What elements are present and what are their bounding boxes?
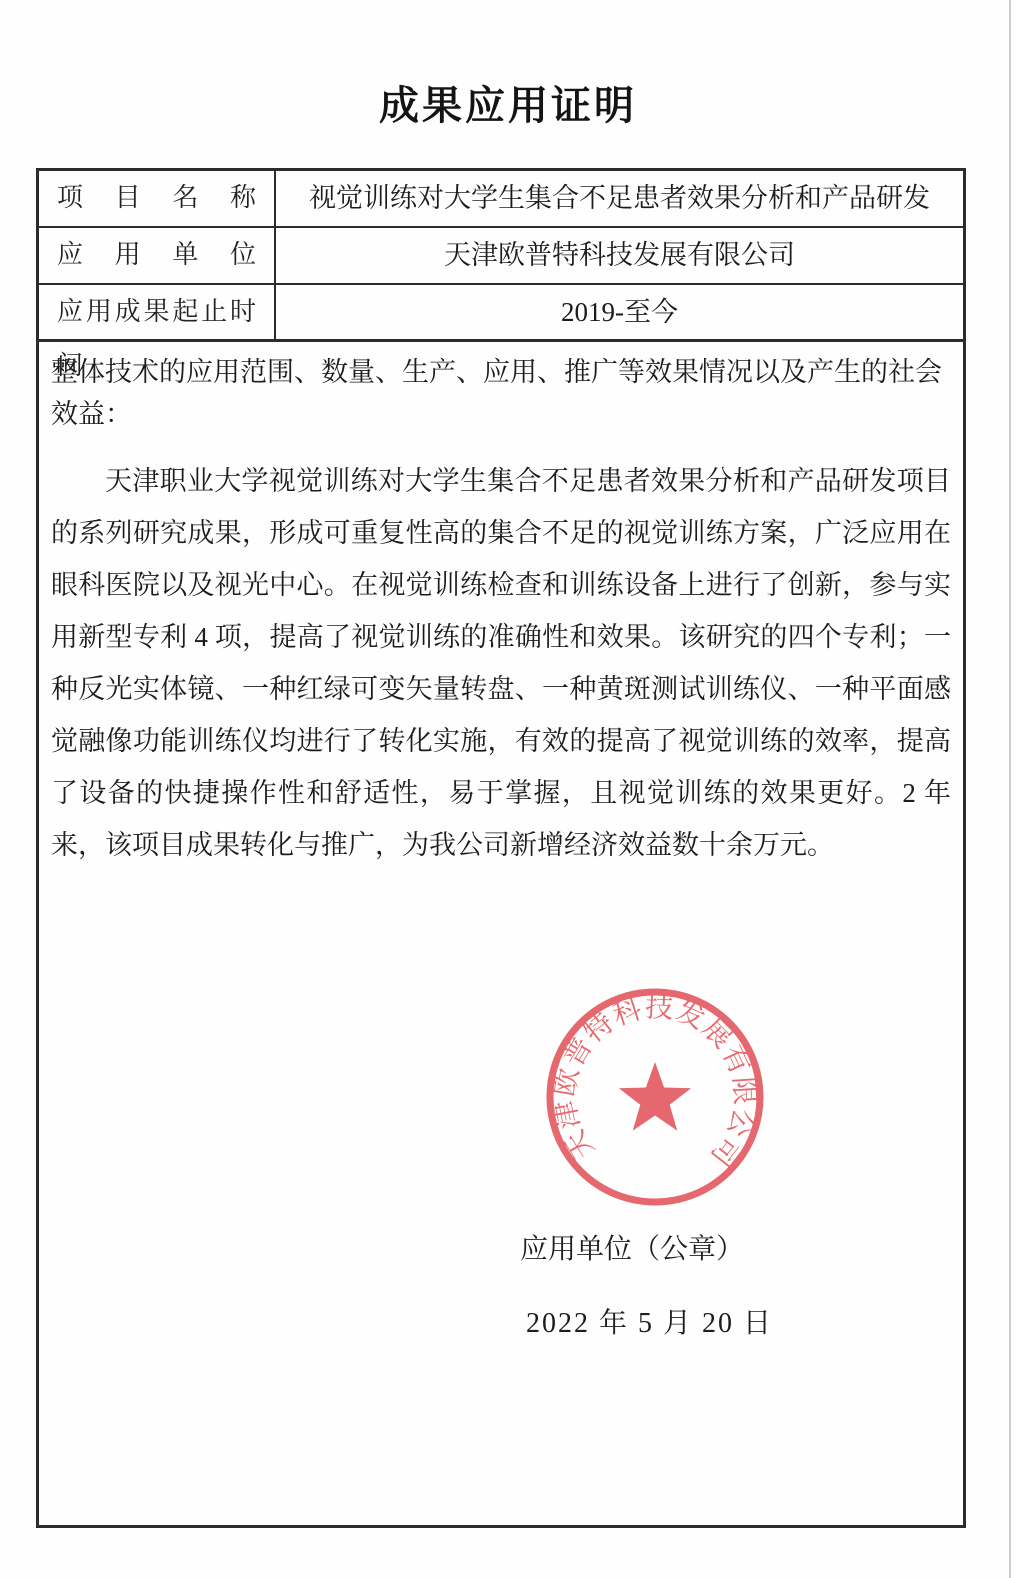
page-title: 成果应用证明 bbox=[0, 74, 1016, 131]
document-page: 成果应用证明 项目名称 视觉训练对大学生集合不足患者效果分析和产品研发 应用单位… bbox=[0, 0, 1016, 1578]
project-name-value: 视觉训练对大学生集合不足患者效果分析和产品研发 bbox=[276, 171, 963, 226]
effect-description-cell: 整体技术的应用范围、数量、生产、应用、推广等效果情况以及产生的社会效益： 天津职… bbox=[39, 342, 963, 1525]
section-header: 整体技术的应用范围、数量、生产、应用、推广等效果情况以及产生的社会效益： bbox=[51, 351, 951, 435]
table-row: 项目名称 视觉训练对大学生集合不足患者效果分析和产品研发 bbox=[39, 171, 963, 228]
applying-unit-value: 天津欧普特科技发展有限公司 bbox=[276, 228, 963, 283]
body-paragraph: 天津职业大学视觉训练对大学生集合不足患者效果分析和产品研发项目的系列研究成果，形… bbox=[51, 455, 951, 871]
signature-unit-label: 应用单位（公章） bbox=[520, 1227, 744, 1267]
signature-date: 2022 年 5 月 20 日 bbox=[526, 1301, 773, 1341]
info-table: 项目名称 视觉训练对大学生集合不足患者效果分析和产品研发 应用单位 天津欧普特科… bbox=[36, 168, 966, 1528]
application-period-label: 应用成果起止时间 bbox=[39, 285, 276, 339]
table-row: 应用成果起止时间 2019-至今 bbox=[39, 285, 963, 342]
applying-unit-label: 应用单位 bbox=[39, 228, 276, 283]
table-row: 应用单位 天津欧普特科技发展有限公司 bbox=[39, 228, 963, 285]
application-period-value: 2019-至今 bbox=[276, 285, 963, 339]
scan-edge-artifact bbox=[1009, 0, 1011, 1578]
project-name-label: 项目名称 bbox=[39, 171, 276, 226]
